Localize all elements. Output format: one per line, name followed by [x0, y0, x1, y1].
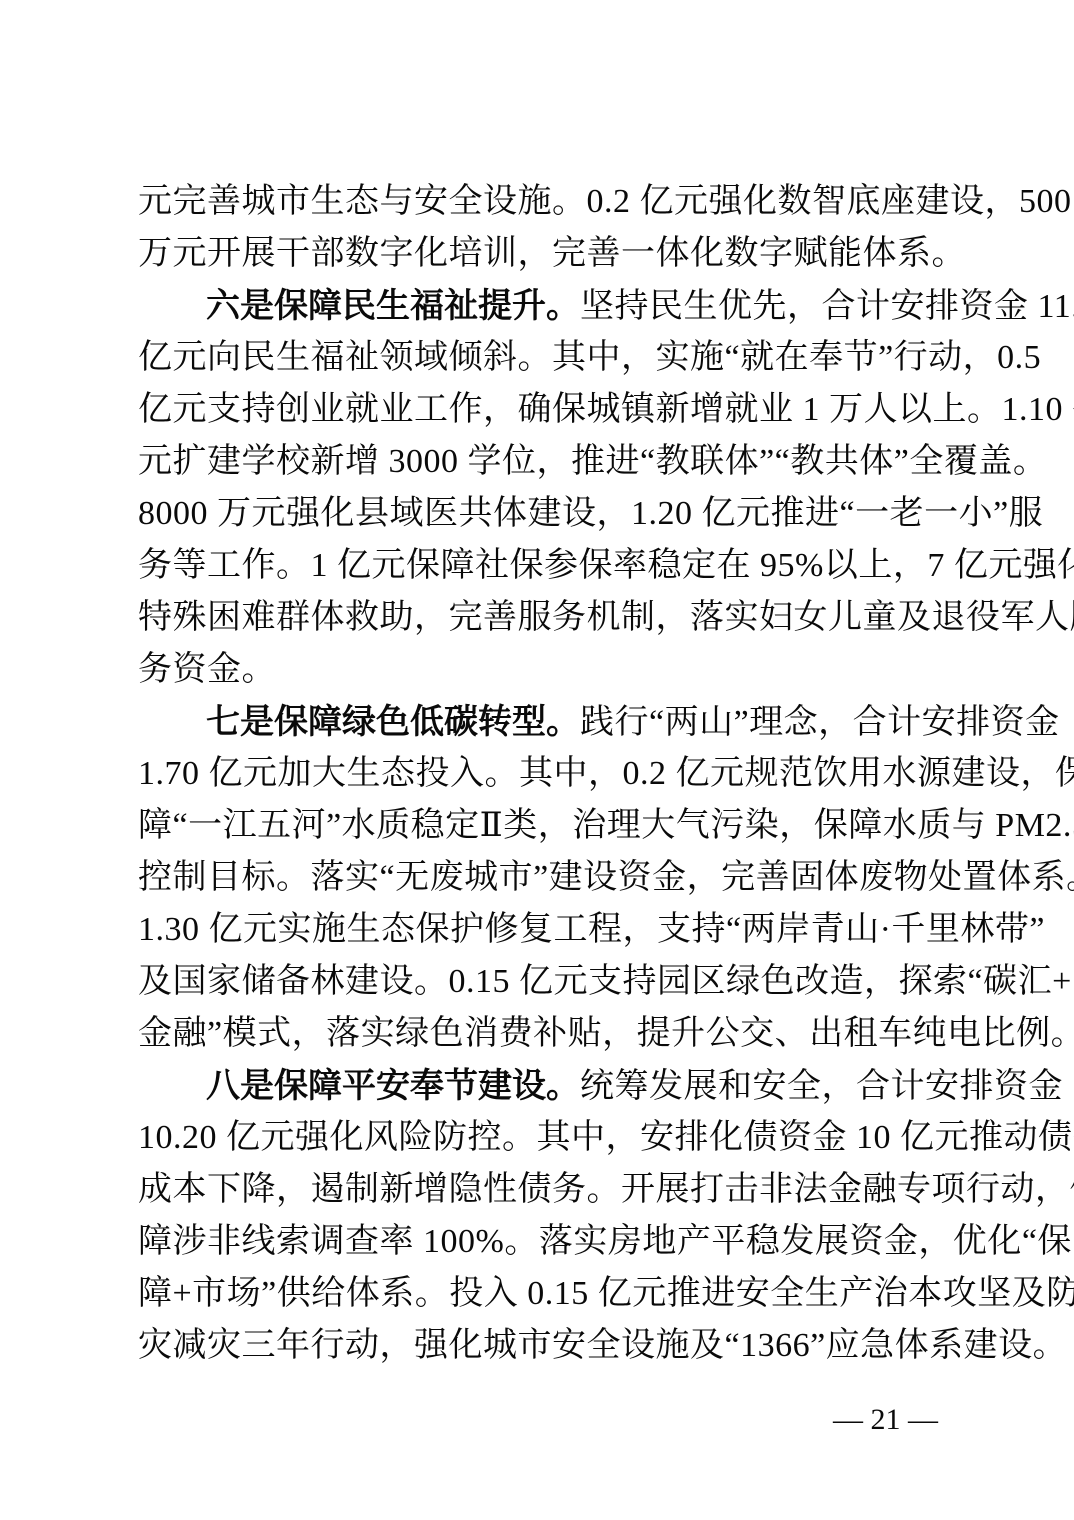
paragraph-lead: 六是保障民生福祉提升。 [206, 287, 580, 325]
line-text: 成本下降，遏制新增隐性债务。开展打击非法金融专项行动，保 [138, 1171, 1074, 1208]
page-footer: — 21 — [138, 1398, 938, 1442]
line-text: 灾减灾三年行动，强化城市安全设施及“1366”应急体系建设。 [138, 1327, 1067, 1364]
text-line: 及国家储备林建设。0.15 亿元支持园区绿色改造，探索“碳汇+ [138, 956, 938, 1008]
text-line: 元完善城市生态与安全设施。0.2 亿元强化数智底座建设，500 [138, 176, 938, 228]
line-text: 控制目标。落实“无废城市”建设资金，完善固体废物处置体系。 [138, 859, 1074, 896]
line-text: 务等工作。1 亿元保障社保参保率稳定在 95%以上，7 亿元强化 [138, 547, 1074, 584]
document-page: 元完善城市生态与安全设施。0.2 亿元强化数智底座建设，500万元开展干部数字化… [0, 0, 1074, 1520]
text-line: 障“一江五河”水质稳定Ⅱ类，治理大气污染，保障水质与 PM2.5 [138, 800, 938, 852]
text-line: 障+市场”供给体系。投入 0.15 亿元推进安全生产治本攻坚及防 [138, 1268, 938, 1320]
text-line: 七是保障绿色低碳转型。践行“两山”理念，合计安排资金 [138, 696, 938, 748]
line-text: 元扩建学校新增 3000 学位，推进“教联体”“教共体”全覆盖。 [138, 443, 1047, 480]
line-text: 障+市场”供给体系。投入 0.15 亿元推进安全生产治本攻坚及防 [138, 1275, 1074, 1312]
line-text: 元完善城市生态与安全设施。0.2 亿元强化数智底座建设，500 [138, 183, 1072, 220]
body-text: 元完善城市生态与安全设施。0.2 亿元强化数智底座建设，500万元开展干部数字化… [138, 176, 938, 1372]
line-text: 坚持民生优先，合计安排资金 11.60 [580, 288, 1074, 325]
line-text: 障“一江五河”水质稳定Ⅱ类，治理大气污染，保障水质与 PM2.5 [138, 807, 1074, 844]
text-line: 控制目标。落实“无废城市”建设资金，完善固体废物处置体系。 [138, 852, 938, 904]
text-line: 10.20 亿元强化风险防控。其中，安排化债资金 10 亿元推动债务 [138, 1112, 938, 1164]
line-text: 统筹发展和安全，合计安排资金 [580, 1068, 1063, 1105]
line-text: 践行“两山”理念，合计安排资金 [580, 704, 1060, 741]
document-viewport: { "page": { "footer": { "page_number_dis… [0, 0, 1074, 1520]
line-text: 及国家储备林建设。0.15 亿元支持园区绿色改造，探索“碳汇+ [138, 963, 1072, 1000]
text-line: 务资金。 [138, 644, 938, 696]
line-text: 障涉非线索调查率 100%。落实房地产平稳发展资金，优化“保 [138, 1223, 1072, 1260]
paragraph: 八是保障平安奉节建设。统筹发展和安全，合计安排资金10.20 亿元强化风险防控。… [138, 1060, 938, 1372]
paragraph: 七是保障绿色低碳转型。践行“两山”理念，合计安排资金1.70 亿元加大生态投入。… [138, 696, 938, 1060]
text-line: 8000 万元强化县域医共体建设，1.20 亿元推进“一老一小”服 [138, 488, 938, 540]
line-text: 金融”模式，落实绿色消费补贴，提升公交、出租车纯电比例。 [138, 1015, 1074, 1052]
text-line: 六是保障民生福祉提升。坚持民生优先，合计安排资金 11.60 [138, 280, 938, 332]
line-text: 1.70 亿元加大生态投入。其中，0.2 亿元规范饮用水源建设，保 [138, 755, 1074, 792]
paragraph: 六是保障民生福祉提升。坚持民生优先，合计安排资金 11.60亿元向民生福祉领域倾… [138, 280, 938, 696]
text-line: 亿元支持创业就业工作，确保城镇新增就业 1 万人以上。1.10 亿 [138, 384, 938, 436]
line-text: 8000 万元强化县域医共体建设，1.20 亿元推进“一老一小”服 [138, 495, 1043, 532]
text-line: 万元开展干部数字化培训，完善一体化数字赋能体系。 [138, 228, 938, 280]
text-line: 金融”模式，落实绿色消费补贴，提升公交、出租车纯电比例。 [138, 1008, 938, 1060]
text-line: 元扩建学校新增 3000 学位，推进“教联体”“教共体”全覆盖。 [138, 436, 938, 488]
text-line: 成本下降，遏制新增隐性债务。开展打击非法金融专项行动，保 [138, 1164, 938, 1216]
text-line: 亿元向民生福祉领域倾斜。其中，实施“就在奉节”行动，0.5 [138, 332, 938, 384]
paragraph: 元完善城市生态与安全设施。0.2 亿元强化数智底座建设，500万元开展干部数字化… [138, 176, 938, 280]
text-line: 特殊困难群体救助，完善服务机制，落实妇女儿童及退役军人服 [138, 592, 938, 644]
text-line: 八是保障平安奉节建设。统筹发展和安全，合计安排资金 [138, 1060, 938, 1112]
text-line: 灾减灾三年行动，强化城市安全设施及“1366”应急体系建设。 [138, 1320, 938, 1372]
line-text: 亿元支持创业就业工作，确保城镇新增就业 1 万人以上。1.10 亿 [138, 391, 1074, 428]
line-text: 亿元向民生福祉领域倾斜。其中，实施“就在奉节”行动，0.5 [138, 339, 1041, 376]
line-text: 特殊困难群体救助，完善服务机制，落实妇女儿童及退役军人服 [138, 599, 1074, 636]
line-text: 万元开展干部数字化培训，完善一体化数字赋能体系。 [138, 235, 966, 272]
line-text: 10.20 亿元强化风险防控。其中，安排化债资金 10 亿元推动债务 [138, 1119, 1074, 1156]
line-text: 1.30 亿元实施生态保护修复工程，支持“两岸青山·千里林带” [138, 911, 1045, 948]
text-line: 务等工作。1 亿元保障社保参保率稳定在 95%以上，7 亿元强化 [138, 540, 938, 592]
paragraph-lead: 七是保障绿色低碳转型。 [206, 703, 580, 741]
line-text: 务资金。 [138, 651, 276, 688]
page-number: — 21 — [833, 1403, 938, 1436]
text-line: 1.30 亿元实施生态保护修复工程，支持“两岸青山·千里林带” [138, 904, 938, 956]
paragraph-lead: 八是保障平安奉节建设。 [206, 1067, 580, 1105]
text-line: 1.70 亿元加大生态投入。其中，0.2 亿元规范饮用水源建设，保 [138, 748, 938, 800]
text-line: 障涉非线索调查率 100%。落实房地产平稳发展资金，优化“保 [138, 1216, 938, 1268]
